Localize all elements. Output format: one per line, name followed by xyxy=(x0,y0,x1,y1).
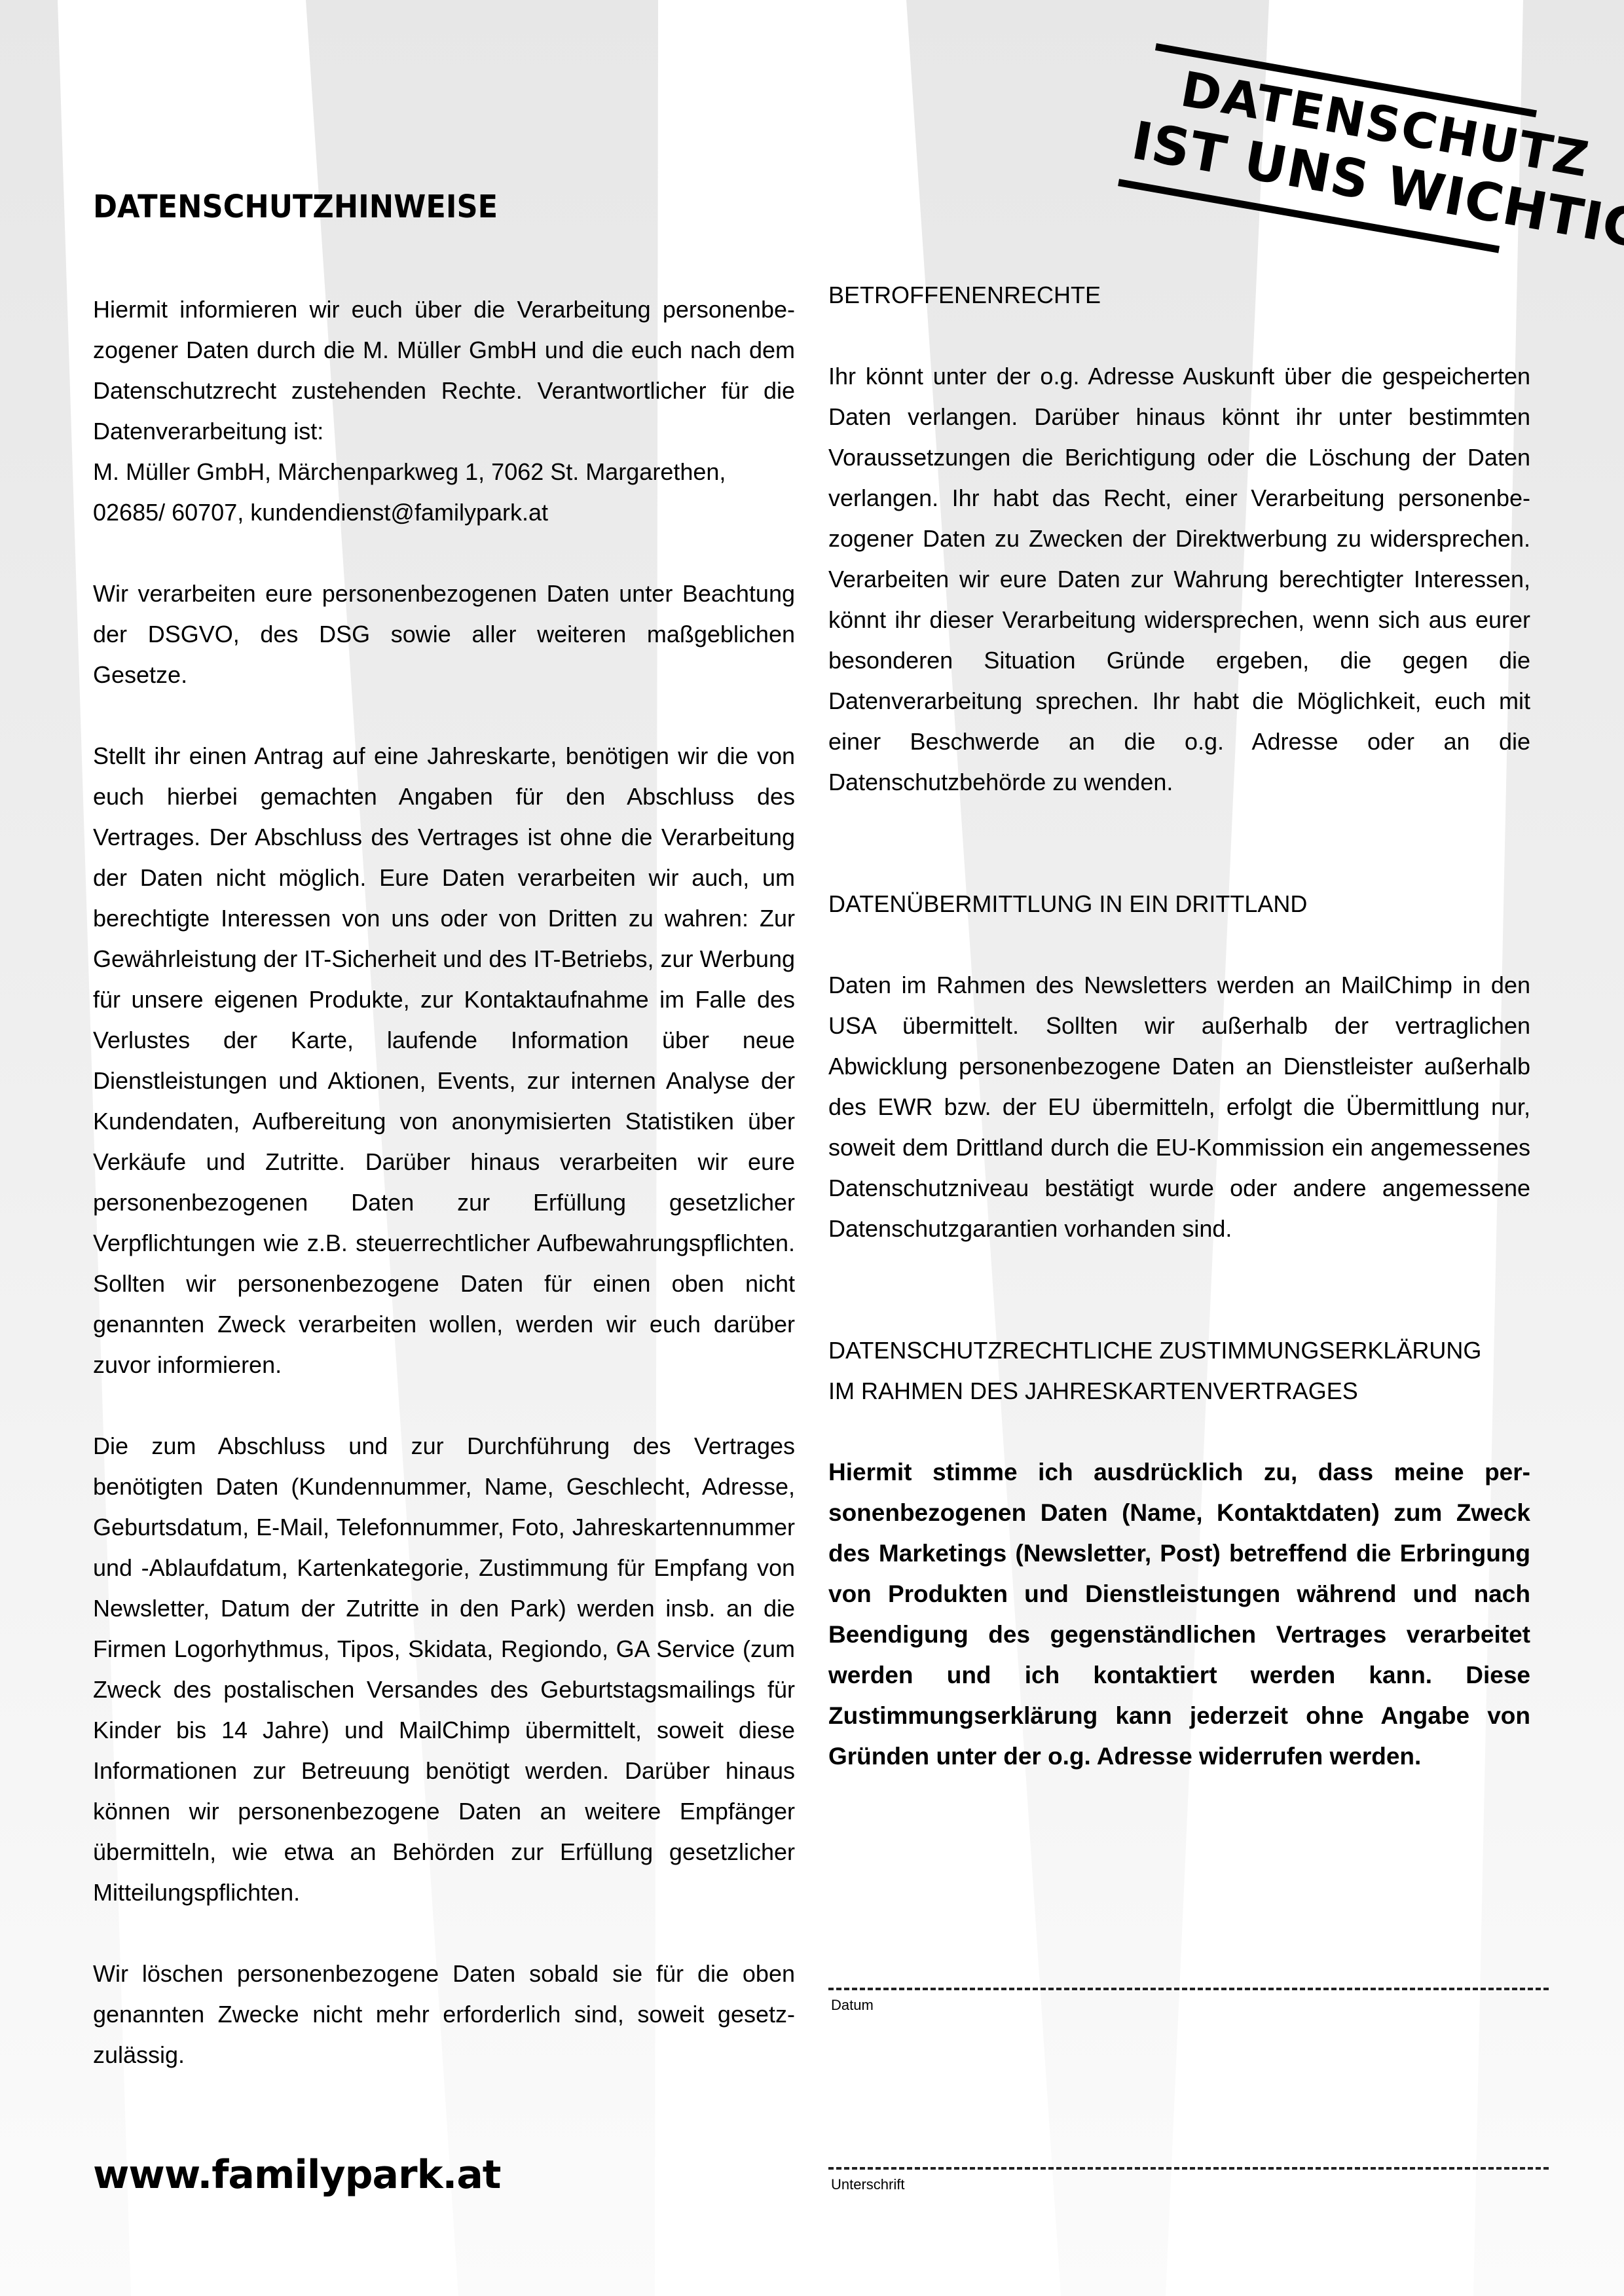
section-heading-consent-2: IM RAHMEN DES JAHRESKARTENVERTRAGES xyxy=(828,1371,1530,1412)
deletion-paragraph: Wir löschen personenbezogene Daten sobal… xyxy=(93,1954,795,2075)
date-dashed-line xyxy=(828,1988,1549,1990)
datenschutz-badge: Datenschutz ist uns wichtig! xyxy=(1101,27,1584,287)
controller-address: M. Müller GmbH, Märchenparkweg 1, 7062 S… xyxy=(93,452,795,533)
date-signature-field[interactable]: Datum xyxy=(828,1988,1549,2015)
purpose-paragraph: Stellt ihr einen Antrag auf eine Jahresk… xyxy=(93,736,795,1385)
signature-label: Unterschrift xyxy=(828,2175,1549,2195)
legal-basis-paragraph: Wir verarbeiten eure personenbezogenen D… xyxy=(93,574,795,695)
consent-statement: Hiermit stimme ich ausdrücklich zu, dass… xyxy=(828,1452,1530,1777)
third-country-paragraph: Daten im Rahmen des Newsletters werden a… xyxy=(828,965,1530,1249)
section-heading-betroffenenrechte: BETROFFENENRECHTE xyxy=(828,275,1530,316)
section-heading-drittland: DATENÜBERMITTLUNG IN EIN DRITTLAND xyxy=(828,884,1530,924)
date-label: Datum xyxy=(828,1995,1549,2015)
intro-paragraph: Hiermit informieren wir euch über die Ve… xyxy=(93,289,795,452)
signature-dashed-line xyxy=(828,2167,1549,2170)
privacy-notice-page: Datenschutz ist uns wichtig! DATENSCHUTZ… xyxy=(0,0,1624,2296)
section-heading-consent-1: DATENSCHUTZRECHTLICHE ZUSTIMMUNGSERKLÄRU… xyxy=(828,1330,1530,1371)
website-url: www.familypark.at xyxy=(93,2149,501,2201)
recipients-paragraph: Die zum Abschluss und zur Durchführung d… xyxy=(93,1426,795,1913)
left-column: DATENSCHUTZHINWEISE Hiermit informieren … xyxy=(93,183,795,2075)
signature-field[interactable]: Unterschrift xyxy=(828,2167,1549,2195)
right-column: BETROFFENENRECHTE Ihr könnt unter der o.… xyxy=(828,275,1530,1777)
page-title: DATENSCHUTZHINWEISE xyxy=(93,183,746,230)
rights-paragraph: Ihr könnt unter der o.g. Adresse Auskunf… xyxy=(828,356,1530,803)
